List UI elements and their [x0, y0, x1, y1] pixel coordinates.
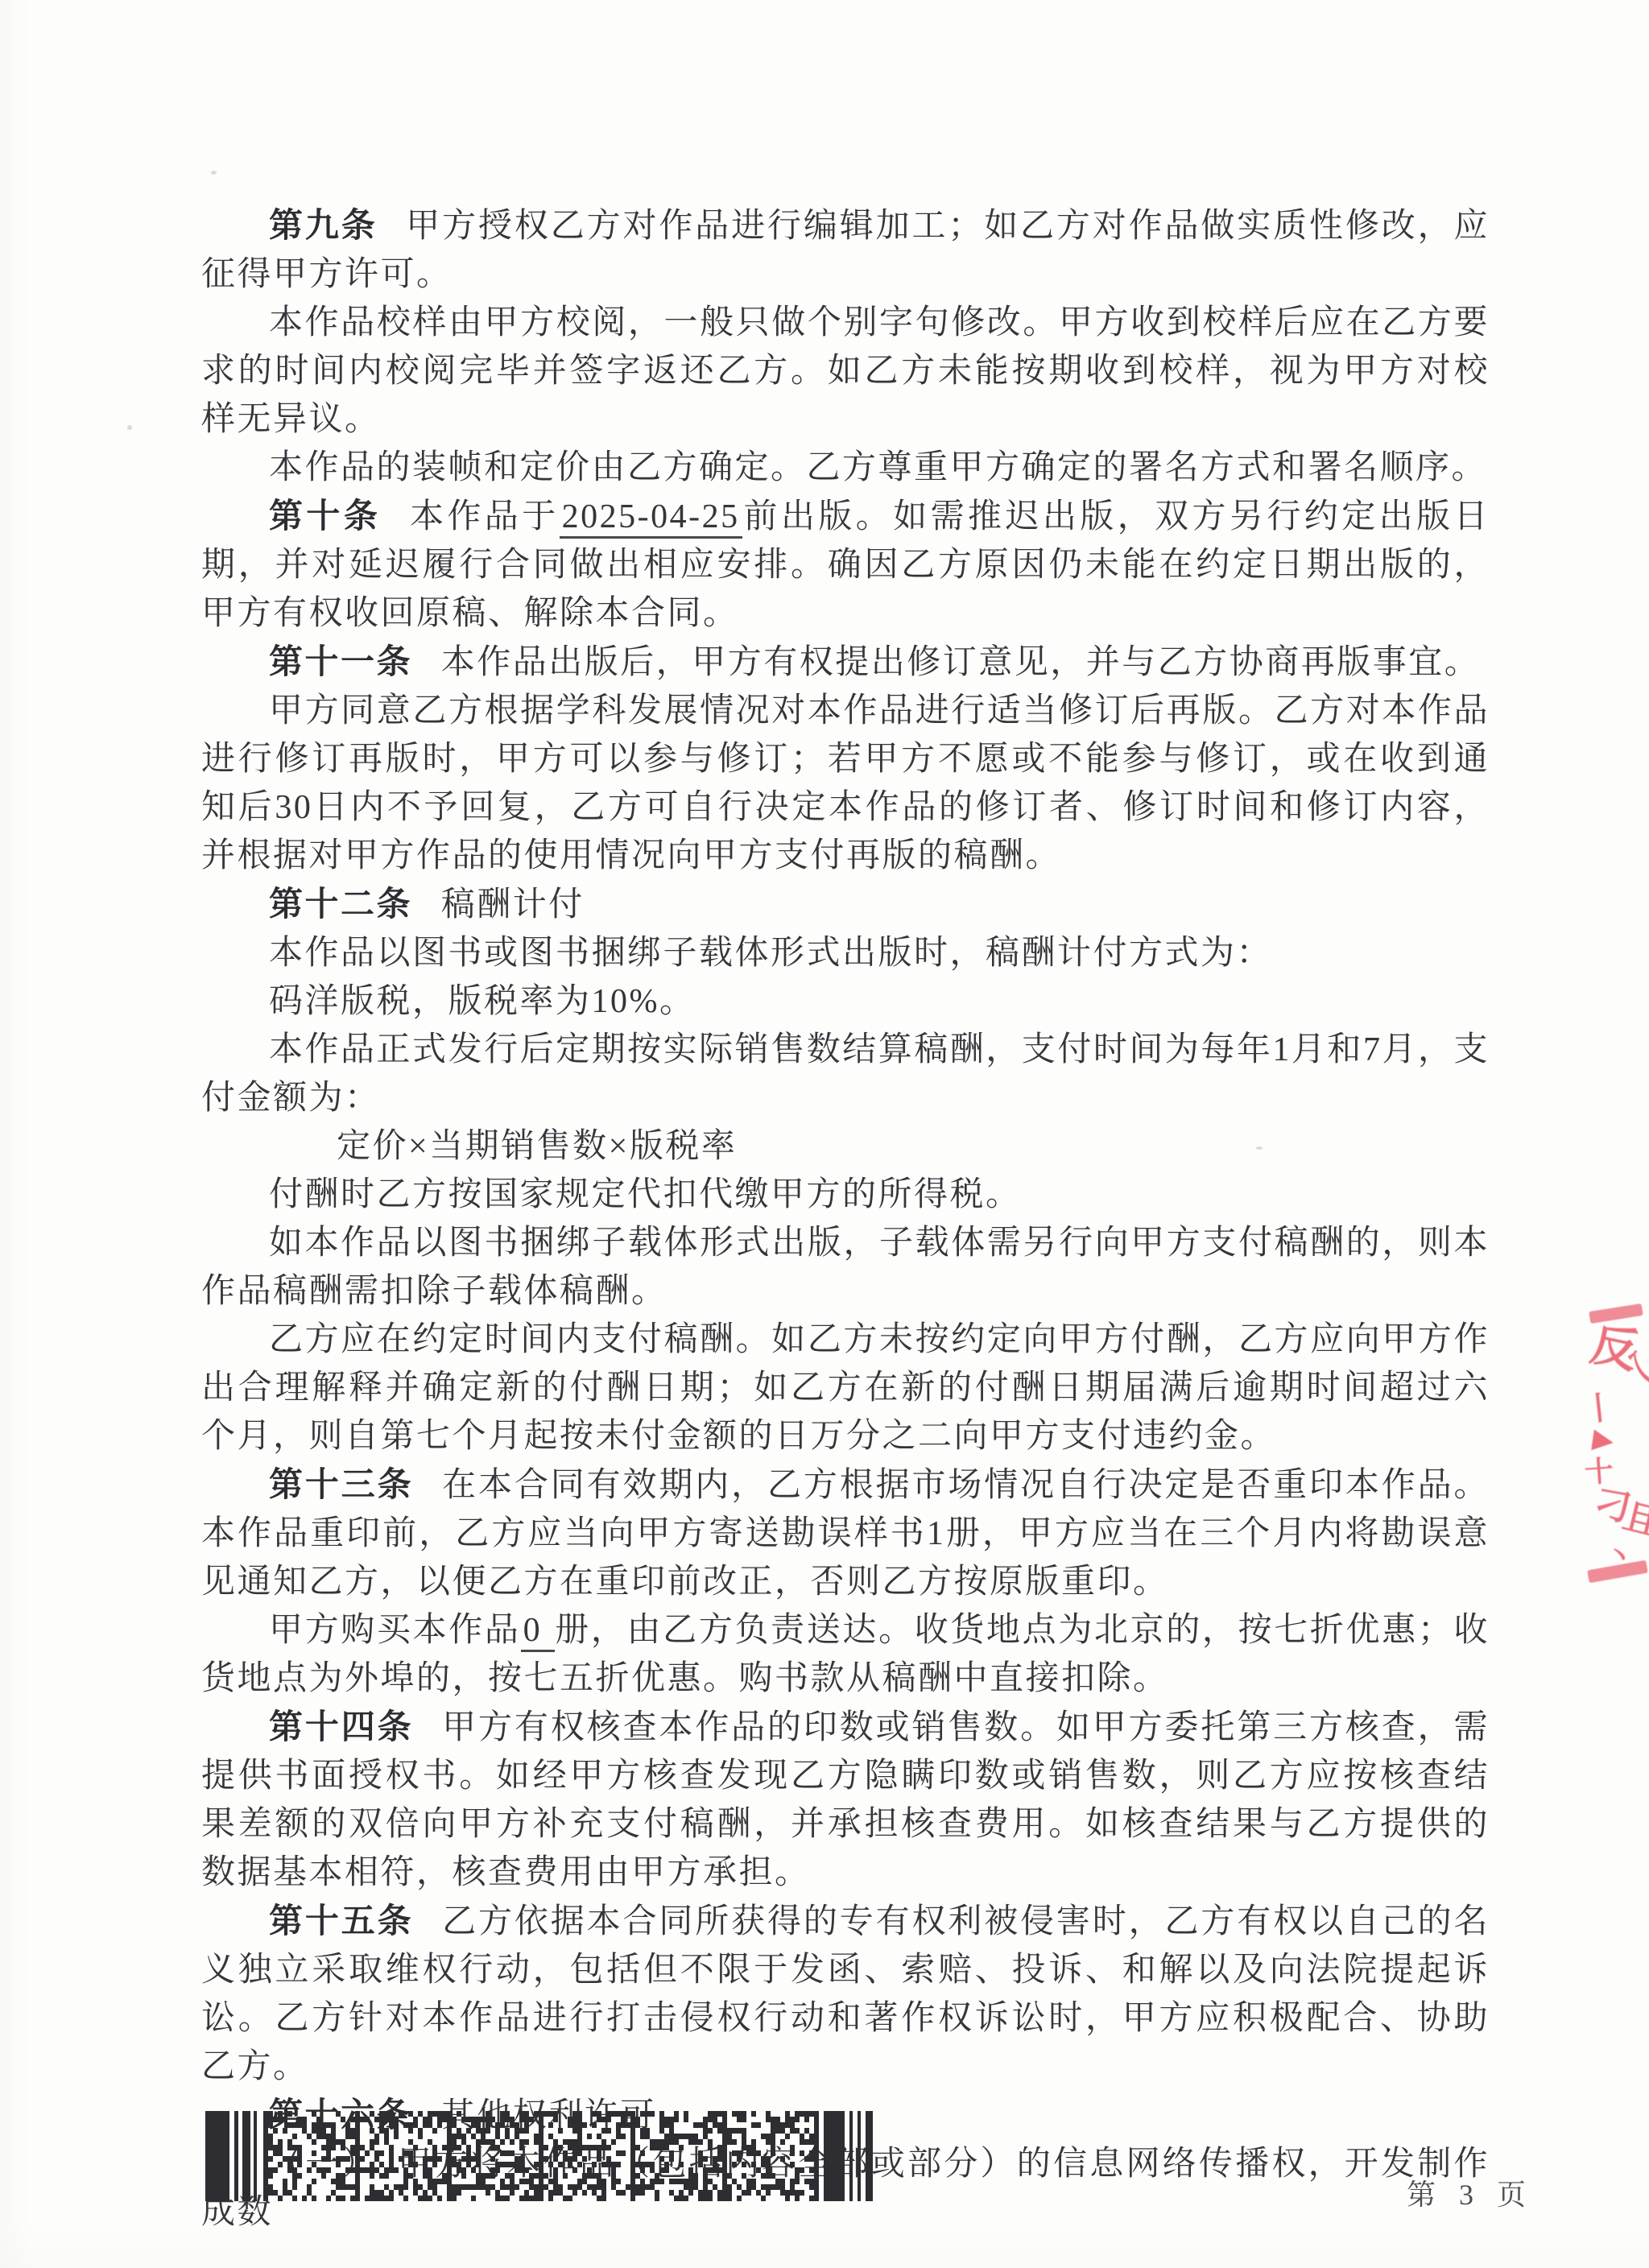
paragraph: 甲方购买本作品0 册，由乙方负责送达。收货地点为北京的，按七折优惠；收货地点为外… [201, 1606, 1490, 1703]
seal-glyph: 且 [1619, 1498, 1649, 1541]
page-number: 第 3 页 [1407, 2172, 1534, 2213]
paragraph-text: 甲方授权乙方对作品进行编辑加工；如乙方对作品做实质性修改，应征得甲方许可。 [201, 208, 1490, 293]
paragraph: 如本作品以图书捆绑子载体形式出版，子载体需另行向甲方支付稿酬的，则本作品稿酬需扣… [201, 1219, 1490, 1316]
paragraph: 本作品校样由甲方校阅，一般只做个别字句修改。甲方收到校样后应在乙方要求的时间内校… [201, 299, 1490, 444]
paragraph: 本作品以图书或图书捆绑子载体形式出版时，稿酬计付方式为： [201, 929, 1490, 977]
paragraph: 码洋版税，版税率为10%。 [201, 977, 1490, 1026]
seal-stroke [1589, 1303, 1643, 1324]
paragraph-text: 前出版。如需推迟出版，双方另行约定出版日期，并对延迟履行合同做出相应安排。确因乙… [201, 498, 1490, 632]
seal-glyph: 丶 [1606, 1544, 1633, 1572]
red-seal-fragment: 反乀丨▶十刁且丶 [1581, 1298, 1649, 1596]
paragraph: 第十一条本作品出版后，甲方有权提出修订意见，并与乙方协商再版事宜。 [201, 638, 1490, 687]
paragraph-text: 稿酬计付 [441, 886, 585, 923]
scan-speck [127, 425, 132, 430]
seal-glyph: 反 [1587, 1321, 1643, 1377]
article-term: 第十一条 [269, 642, 412, 680]
seal-glyph: ▶ [1591, 1425, 1616, 1455]
paragraph: 付酬时乙方按国家规定代扣代缴甲方的所得税。 [201, 1171, 1490, 1219]
seal-stroke [1587, 1560, 1648, 1584]
scan-speck [211, 171, 217, 175]
paragraph-text: 甲方同意乙方根据学科发展情况对本作品进行适当修订后再版。乙方对本作品进行修订再版… [201, 692, 1490, 874]
paragraph-text: 乙方应在约定时间内支付稿酬。如乙方未按约定向甲方付酬，乙方应向甲方作出合理解释并… [201, 1321, 1490, 1455]
paragraph-text: 甲方购买本作品 [269, 1612, 521, 1649]
article-term: 第十条 [269, 497, 381, 535]
paragraph-text: 本作品于 [410, 498, 560, 535]
paragraph: 本作品正式发行后定期按实际销售数结算稿酬，支付时间为每年1月和7月，支付金额为： [201, 1026, 1490, 1122]
article-term: 第十三条 [269, 1465, 413, 1503]
filled-blank: 0 [521, 1612, 556, 1652]
paragraph-text: 如本作品以图书捆绑子载体形式出版，子载体需另行向甲方支付稿酬的，则本作品稿酬需扣… [201, 1225, 1490, 1310]
paragraph: 第十二条稿酬计付 [201, 880, 1490, 929]
paragraph: 第十三条在本合同有效期内，乙方根据市场情况自行决定是否重印本作品。本作品重印前，… [201, 1460, 1490, 1606]
article-term: 第十五条 [269, 1902, 413, 1940]
paragraph-text: 付酬时乙方按国家规定代扣代缴甲方的所得税。 [269, 1176, 1022, 1213]
paragraph: 第十条本作品于2025-04-25前出版。如需推迟出版，双方另行约定出版日期，并… [201, 492, 1490, 638]
article-term: 第十四条 [269, 1708, 413, 1745]
seal-glyph: 乀 [1622, 1349, 1649, 1388]
scan-speck [1256, 1146, 1263, 1150]
pdf417-barcode [205, 2111, 882, 2203]
paragraph-text: 本作品的装帧和定价由乙方确定。乙方尊重甲方确定的署名方式和署名顺序。 [269, 449, 1487, 486]
paragraph-text: 本作品以图书或图书捆绑子载体形式出版时，稿酬计付方式为： [269, 935, 1272, 972]
seal-glyph: 十 [1584, 1456, 1614, 1487]
article-term: 第十二条 [269, 885, 412, 923]
contract-page: 第九条甲方授权乙方对作品进行编辑加工；如乙方对作品做实质性修改，应征得甲方许可。… [0, 0, 1649, 2268]
seal-glyph: 丨 [1581, 1391, 1617, 1427]
paragraph-text: 本作品校样由甲方校阅，一般只做个别字句修改。甲方收到校样后应在乙方要求的时间内校… [201, 304, 1490, 438]
paragraph: 定价×当期销售数×版税率 [201, 1122, 1490, 1171]
paragraph: 甲方同意乙方根据学科发展情况对本作品进行适当修订后再版。乙方对本作品进行修订再版… [201, 687, 1490, 880]
paragraph: 第九条甲方授权乙方对作品进行编辑加工；如乙方对作品做实质性修改，应征得甲方许可。 [201, 201, 1490, 299]
filled-blank: 2025-04-25 [560, 498, 742, 539]
paragraph: 本作品的装帧和定价由乙方确定。乙方尊重甲方确定的署名方式和署名顺序。 [201, 444, 1490, 492]
seal-glyph: 刁 [1591, 1485, 1634, 1527]
paragraph-text: 本作品正式发行后定期按实际销售数结算稿酬，支付时间为每年1月和7月，支付金额为： [201, 1031, 1490, 1117]
paragraph-text: 定价×当期销售数×版税率 [337, 1128, 737, 1165]
paragraph: 第十四条甲方有权核查本作品的印数或销售数。如甲方委托第三方核查，需提供书面授权书… [201, 1703, 1490, 1897]
paragraph: 乙方应在约定时间内支付稿酬。如乙方未按约定向甲方付酬，乙方应向甲方作出合理解释并… [201, 1316, 1490, 1460]
contract-body: 第九条甲方授权乙方对作品进行编辑加工；如乙方对作品做实质性修改，应征得甲方许可。… [201, 201, 1490, 2237]
paragraph-text: 码洋版税，版税率为10%。 [269, 983, 696, 1020]
paragraph: 第十五条乙方依据本合同所获得的专有权利被侵害时，乙方有权以自己的名义独立采取维权… [201, 1897, 1490, 2091]
paragraph-text: 本作品出版后，甲方有权提出修订意见，并与乙方协商再版事宜。 [441, 644, 1481, 681]
article-term: 第九条 [269, 206, 378, 244]
